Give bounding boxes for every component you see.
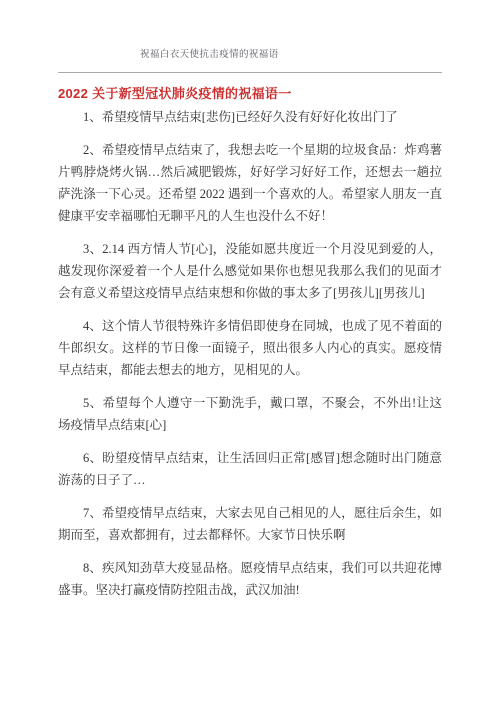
paragraph: 1、希望疫情早点结束[悲伤]已经好久没有好好化妆出门了	[58, 106, 442, 128]
paragraph: 7、希望疫情早点结束，大家去见自己相见的人，愿往后余生，如期而至，喜欢都拥有，过…	[58, 502, 442, 546]
document-body: 1、希望疫情早点结束[悲伤]已经好久没有好好化妆出门了 2、希望疫情早点结束了，…	[58, 106, 442, 612]
document-page: 祝福白衣天使抗击疫情的祝福语 2022 关于新型冠状肺炎疫情的祝福语一 1、希望…	[0, 0, 500, 707]
paragraph: 3、2.14 西方情人节[心]，没能如愿共度近一个月没见到爱的人，越发现你深爱着…	[58, 238, 442, 304]
paragraph: 2、希望疫情早点结束了，我想去吃一个星期的垃圾食品：炸鸡薯片鸭脖烧烤火锅…然后减…	[58, 139, 442, 227]
paragraph: 6、盼望疫情早点结束，让生活回归正常[感冒]想念随时出门随意游荡的日子了…	[58, 447, 442, 491]
paragraph: 4、这个情人节很特殊许多情侣即使身在同城，也成了见不着面的牛郎织女。这样的节日像…	[58, 315, 442, 381]
page-title: 2022 关于新型冠状肺炎疫情的祝福语一	[58, 83, 442, 102]
running-header: 祝福白衣天使抗击疫情的祝福语	[140, 46, 279, 60]
paragraph: 8、疾风知劲草大疫显品格。愿疫情早点结束，我们可以共迎花博盛事。坚决打赢疫情防控…	[58, 557, 442, 601]
header-divider	[58, 72, 442, 73]
paragraph: 5、希望每个人遵守一下勤洗手，戴口罩，不聚会，不外出!让这场疫情早点结束[心]	[58, 392, 442, 436]
